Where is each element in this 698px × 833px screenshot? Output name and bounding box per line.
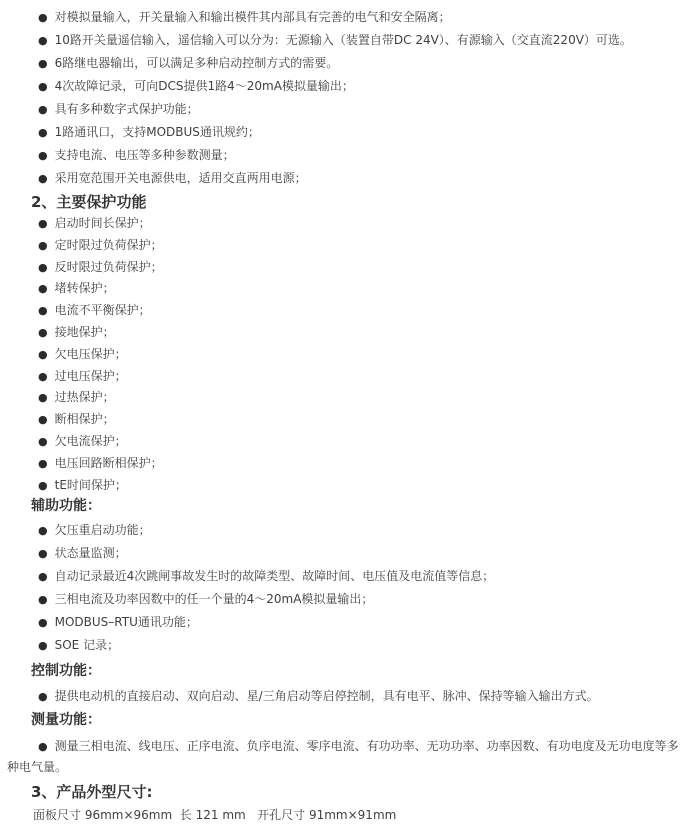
list-item-text: tE时间保护；	[55, 478, 127, 492]
list-item-text: 支持电流、电压等多种参数测量；	[55, 148, 235, 162]
list-item: ●对模拟量输入，开关量输入和输出模件其内部具有完善的电气和安全隔离；	[7, 6, 690, 29]
bullet-icon: ●	[38, 11, 48, 24]
section-title-main-protection: 2、主要保护功能	[31, 191, 690, 213]
list-item-text: 过热保护；	[55, 390, 115, 404]
list-item-text: MODBUS–RTU通讯功能；	[55, 615, 198, 629]
list-item: ●支持电流、电压等多种参数测量；	[7, 144, 690, 167]
bullet-icon: ●	[38, 348, 48, 361]
bullet-icon: ●	[38, 690, 48, 703]
bullet-icon: ●	[38, 239, 48, 252]
bullet-icon: ●	[38, 149, 48, 162]
bullet-icon: ●	[38, 370, 48, 383]
bullet-icon: ●	[38, 616, 48, 629]
list-item: ●tE时间保护；	[7, 475, 690, 497]
list-item-text: 欠压重启动功能；	[55, 523, 151, 537]
list-item: ●具有多种数字式保护功能；	[7, 98, 690, 121]
list-item-text: 测量三相电流、线电压、正序电流、负序电流、零序电流、有功功率、无功功率、功率因数…	[7, 739, 679, 774]
measurement-bullet-list: ●测量三相电流、线电压、正序电流、负序电流、零序电流、有功功率、无功功率、功率因…	[7, 736, 690, 778]
bullet-icon: ●	[38, 524, 48, 537]
list-item: ●状态量监测；	[7, 542, 690, 565]
bullet-icon: ●	[38, 172, 48, 185]
list-item-text: 欠电流保护；	[55, 434, 127, 448]
list-item-text: 欠电压保护；	[55, 347, 127, 361]
list-item-text: 启动时间长保护；	[55, 216, 151, 230]
list-item: ●定时限过负荷保护；	[7, 235, 690, 257]
list-item: ●欠电压保护；	[7, 344, 690, 366]
bullet-icon: ●	[38, 103, 48, 116]
list-item-text: 自动记录最近4次跳闸事故发生时的故障类型、故障时间、电压值及电流值等信息；	[55, 569, 495, 583]
list-item: ●接地保护；	[7, 322, 690, 344]
list-item: ●自动记录最近4次跳闸事故发生时的故障类型、故障时间、电压值及电流值等信息；	[7, 565, 690, 588]
list-item: ●10路开关量遥信输入，遥信输入可以分为：无源输入（装置自带DC 24V）、有源…	[7, 29, 690, 52]
list-item-text: 具有多种数字式保护功能；	[55, 102, 199, 116]
bullet-icon: ●	[38, 80, 48, 93]
section-title-control: 控制功能：	[31, 661, 690, 681]
bullet-icon: ●	[38, 479, 48, 492]
section-title-auxiliary: 辅助功能：	[31, 496, 690, 516]
list-item-text: 6路继电器输出，可以满足多种启动控制方式的需要。	[55, 56, 339, 70]
list-item: ●过热保护；	[7, 387, 690, 409]
list-item: ●测量三相电流、线电压、正序电流、负序电流、零序电流、有功功率、无功功率、功率因…	[7, 736, 690, 778]
bullet-icon: ●	[38, 261, 48, 274]
bullet-icon: ●	[38, 126, 48, 139]
list-item: ●SOE 记录；	[7, 634, 690, 657]
list-item-text: 电压回路断相保护；	[55, 456, 163, 470]
bullet-icon: ●	[38, 740, 48, 753]
list-item: ●电流不平衡保护；	[7, 300, 690, 322]
list-item-text: 堵转保护；	[55, 281, 115, 295]
bullet-icon: ●	[38, 217, 48, 230]
list-item: ●欠电流保护；	[7, 431, 690, 453]
bullet-icon: ●	[38, 57, 48, 70]
list-item-text: 1路通讯口，支持MODBUS通讯规约；	[55, 125, 260, 139]
intro-bullet-list: ●对模拟量输入，开关量输入和输出模件其内部具有完善的电气和安全隔离； ●10路开…	[7, 6, 690, 190]
list-item-text: 对模拟量输入，开关量输入和输出模件其内部具有完善的电气和安全隔离；	[55, 10, 451, 24]
list-item: ●MODBUS–RTU通讯功能；	[7, 611, 690, 634]
list-item: ●提供电动机的直接启动、双向启动、星/三角启动等启停控制，具有电平、脉冲、保持等…	[7, 685, 690, 708]
list-item: ●4次故障记录，可向DCS提供1路4～20mA模拟量输出；	[7, 75, 690, 98]
bullet-icon: ●	[38, 457, 48, 470]
list-item-text: 状态量监测；	[55, 546, 127, 560]
list-item-text: 三相电流及功率因数中的任一个量的4～20mA模拟量输出；	[55, 592, 374, 606]
list-item: ●1路通讯口，支持MODBUS通讯规约；	[7, 121, 690, 144]
bullet-icon: ●	[38, 34, 48, 47]
list-item-text: 过电压保护；	[55, 369, 127, 383]
list-item-text: 定时限过负荷保护；	[55, 238, 163, 252]
dimensions-text: 面板尺寸 96mm×96mm 长 121 mm 开孔尺寸 91mm×91mm	[33, 805, 690, 825]
list-item: ●断相保护；	[7, 409, 690, 431]
auxiliary-bullet-list: ●欠压重启动功能； ●状态量监测； ●自动记录最近4次跳闸事故发生时的故障类型、…	[7, 519, 690, 657]
section-title-dimensions: 3、产品外型尺寸:	[31, 781, 690, 803]
control-bullet-list: ●提供电动机的直接启动、双向启动、星/三角启动等启停控制，具有电平、脉冲、保持等…	[7, 685, 690, 708]
document-page: ●对模拟量输入，开关量输入和输出模件其内部具有完善的电气和安全隔离； ●10路开…	[0, 0, 698, 825]
bullet-icon: ●	[38, 282, 48, 295]
bullet-icon: ●	[38, 547, 48, 560]
list-item: ●过电压保护；	[7, 366, 690, 388]
list-item-text: SOE 记录；	[55, 638, 119, 652]
list-item-text: 反时限过负荷保护；	[55, 260, 163, 274]
list-item: ●堵转保护；	[7, 278, 690, 300]
bullet-icon: ●	[38, 639, 48, 652]
list-item: ●反时限过负荷保护；	[7, 257, 690, 279]
bullet-icon: ●	[38, 326, 48, 339]
list-item-text: 4次故障记录，可向DCS提供1路4～20mA模拟量输出；	[55, 79, 354, 93]
list-item-text: 接地保护；	[55, 325, 115, 339]
bullet-icon: ●	[38, 435, 48, 448]
list-item: ●采用宽范围开关电源供电，适用交直两用电源；	[7, 167, 690, 190]
list-item: ●欠压重启动功能；	[7, 519, 690, 542]
list-item: ●电压回路断相保护；	[7, 453, 690, 475]
bullet-icon: ●	[38, 593, 48, 606]
list-item: ●启动时间长保护；	[7, 213, 690, 235]
list-item-text: 10路开关量遥信输入，遥信输入可以分为：无源输入（装置自带DC 24V）、有源输…	[55, 33, 632, 47]
list-item-text: 采用宽范围开关电源供电，适用交直两用电源；	[55, 171, 307, 185]
section-title-measurement: 测量功能：	[31, 710, 690, 730]
list-item-text: 电流不平衡保护；	[55, 303, 151, 317]
list-item-text: 断相保护；	[55, 412, 115, 426]
list-item-text: 提供电动机的直接启动、双向启动、星/三角启动等启停控制，具有电平、脉冲、保持等输…	[55, 689, 599, 703]
bullet-icon: ●	[38, 570, 48, 583]
list-item: ●三相电流及功率因数中的任一个量的4～20mA模拟量输出；	[7, 588, 690, 611]
bullet-icon: ●	[38, 391, 48, 404]
protection-bullet-list: ●启动时间长保护； ●定时限过负荷保护； ●反时限过负荷保护； ●堵转保护； ●…	[7, 213, 690, 496]
list-item: ●6路继电器输出，可以满足多种启动控制方式的需要。	[7, 52, 690, 75]
bullet-icon: ●	[38, 304, 48, 317]
bullet-icon: ●	[38, 413, 48, 426]
